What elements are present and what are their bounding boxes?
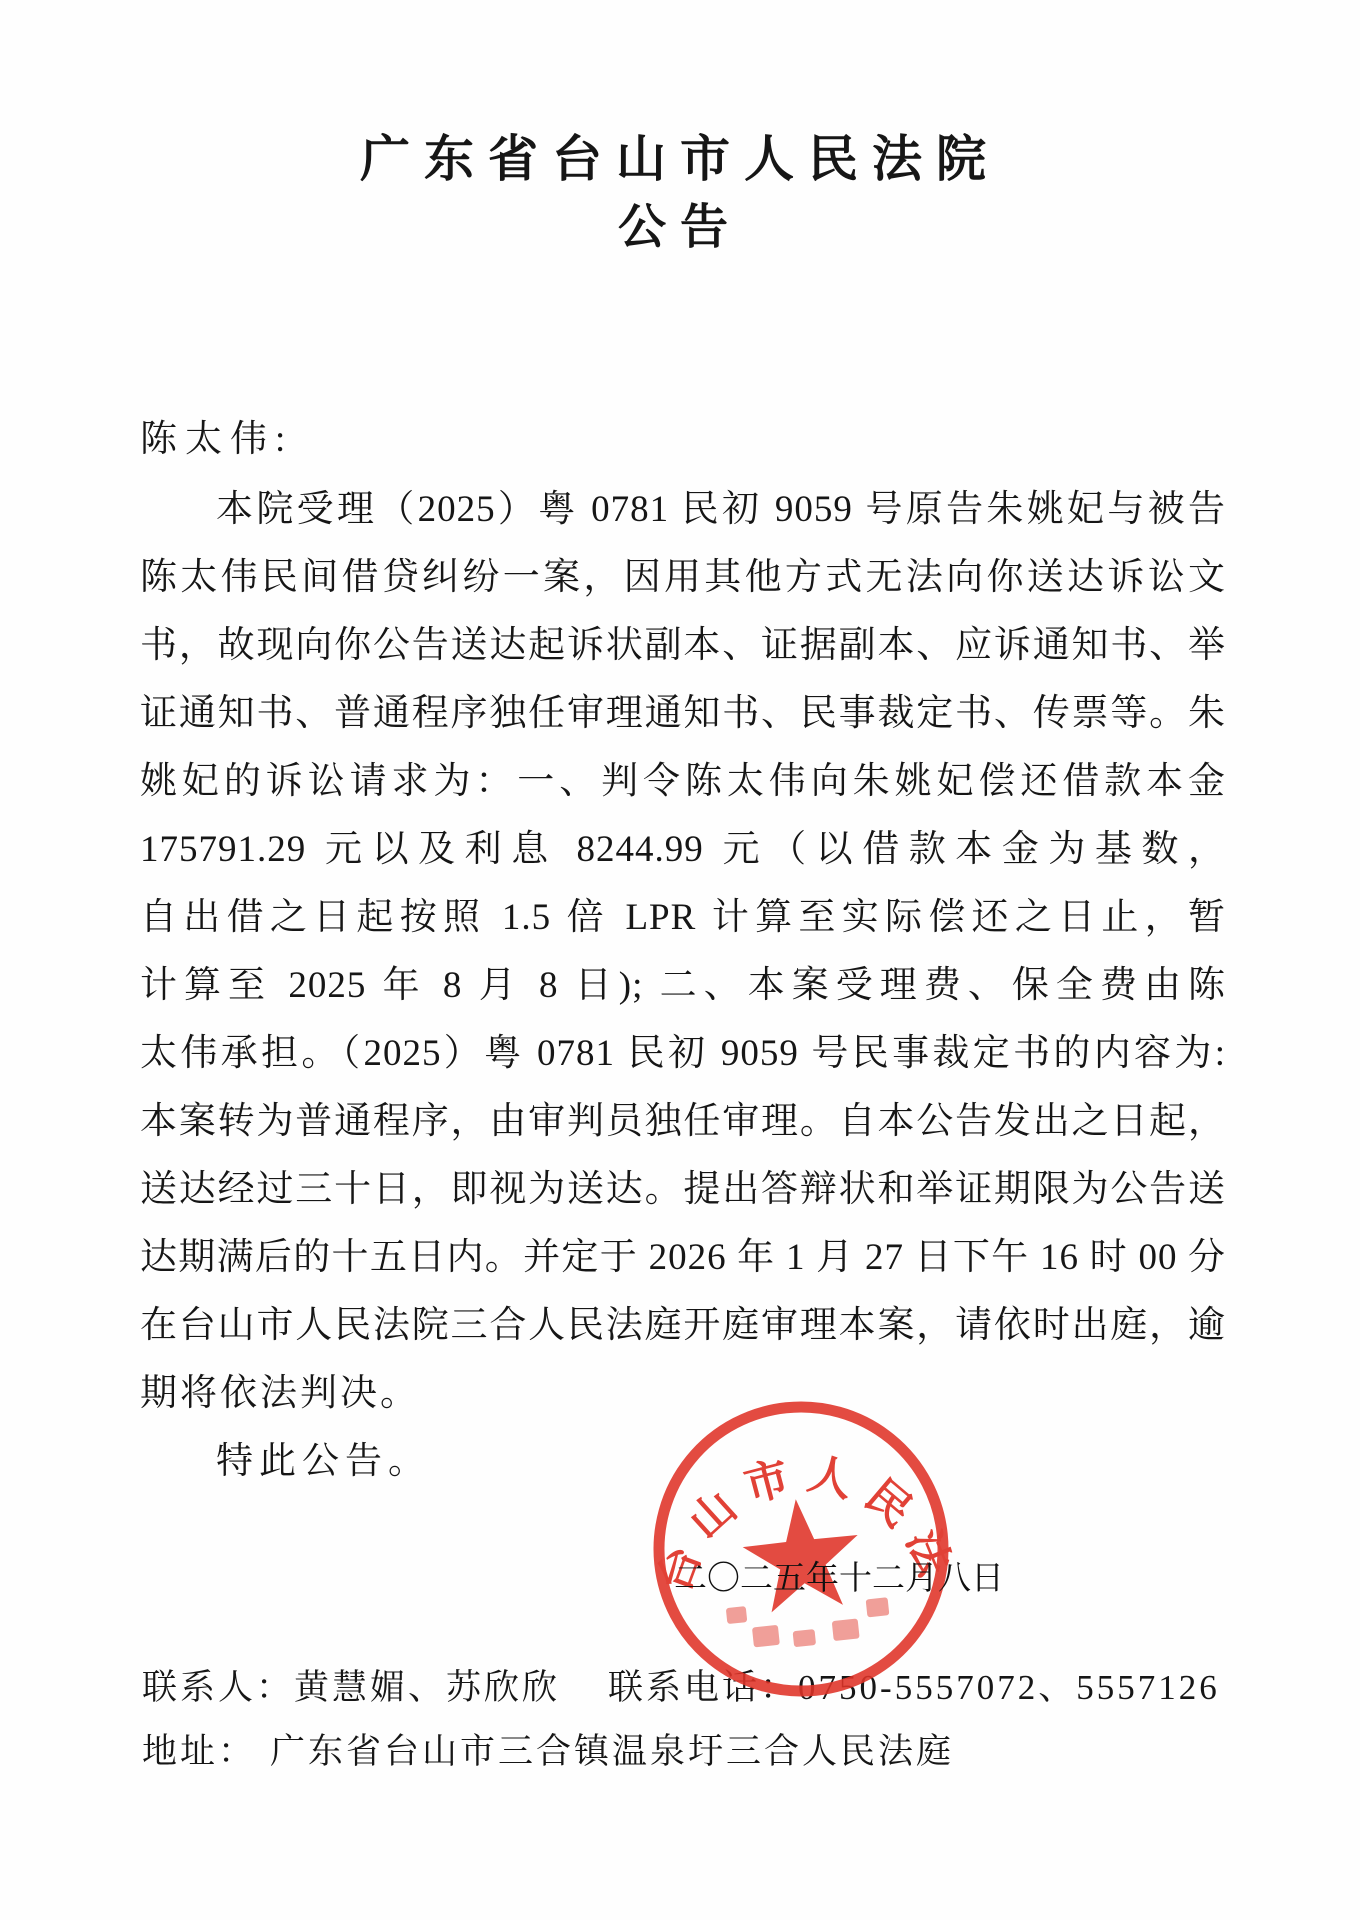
recipient-line: 陈太伟: xyxy=(140,408,293,462)
body-line: 书，故现向你公告送达起诉状副本、证据副本、应诉通知书、举 xyxy=(140,612,1226,680)
body-line: 175791.29 元以及利息 8244.99 元（以借款本金为基数， xyxy=(140,816,1226,884)
body-line: 送达经过三十日，即视为送达。提出答辩状和举证期限为公告送 xyxy=(140,1156,1226,1224)
document-type-title: 公告 xyxy=(0,198,1360,258)
body-line: 计算至 2025 年 8 月 8 日); 二、本案受理费、保全费由陈 xyxy=(140,952,1226,1020)
seal-texture xyxy=(726,1591,892,1654)
footer-address-line: 地址：广东省台山市三合镇温泉圩三合人民法庭 xyxy=(142,1724,954,1774)
contact-label: 联系人： xyxy=(142,1668,294,1707)
body-line: 证通知书、普通程序独任审理通知书、民事裁定书、传票等。朱 xyxy=(140,680,1226,748)
court-name-title: 广东省台山市人民法院 xyxy=(0,128,1360,190)
body-line: 太伟承担。（2025）粤 0781 民初 9059 号民事裁定书的内容为: xyxy=(140,1020,1226,1088)
court-announcement-page: 广东省台山市人民法院 公告 陈太伟: 本院受理（2025）粤 0781 民初 9… xyxy=(0,0,1360,1920)
body-line: 达期满后的十五日内。并定于 2026 年 1 月 27 日下午 16 时 00 … xyxy=(140,1224,1226,1292)
closing-line: 特此公告。 xyxy=(216,1428,431,1496)
contact-names: 黄慧媚、苏欣欣 xyxy=(294,1668,560,1707)
address-label: 地址： xyxy=(142,1732,256,1771)
announcement-body: 本院受理（2025）粤 0781 民初 9059 号原告朱姚妃与被告 陈太伟民间… xyxy=(140,476,1226,1428)
body-line: 陈太伟民间借贷纠纷一案，因用其他方式无法向你送达诉讼文 xyxy=(140,544,1226,612)
body-line: 在台山市人民法院三合人民法庭开庭审理本案，请依时出庭，逾 xyxy=(140,1292,1226,1360)
title-block: 广东省台山市人民法院 公告 xyxy=(0,128,1360,258)
body-line: 本院受理（2025）粤 0781 民初 9059 号原告朱姚妃与被告 xyxy=(140,476,1226,544)
body-line: 姚妃的诉讼请求为：一、判令陈太伟向朱姚妃偿还借款本金 xyxy=(140,748,1226,816)
issue-date: 二〇二五年十二月八日 xyxy=(674,1552,1004,1599)
address-value: 广东省台山市三合镇温泉圩三合人民法庭 xyxy=(270,1732,954,1771)
court-seal-stamp-icon: 台山市人民法院 xyxy=(633,1379,970,1719)
body-line: 自出借之日起按照 1.5 倍 LPR 计算至实际偿还之日止，暂 xyxy=(140,884,1226,952)
body-line: 本案转为普通程序，由审判员独任审理。自本公告发出之日起， xyxy=(140,1088,1226,1156)
